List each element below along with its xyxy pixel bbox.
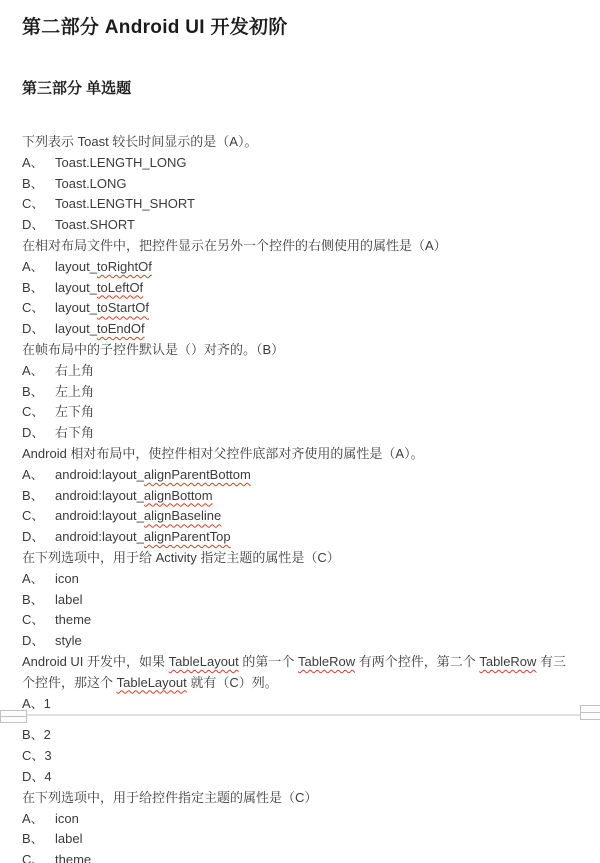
spellcheck-underlined-text: toStartOf — [97, 300, 149, 315]
option-text: 2 — [44, 727, 51, 742]
option-text: android:layout_alignBaseline — [55, 508, 221, 523]
spellcheck-underlined-text: TableLayout — [169, 654, 239, 669]
text-segment: icon — [55, 811, 79, 826]
option-row: B、Toast.LONG — [22, 174, 578, 195]
option-row: D、style — [22, 631, 578, 652]
option-row: A、android:layout_alignParentBottom — [22, 465, 578, 486]
option-row: B、label — [22, 590, 578, 611]
text-segment: Android 相对布局中，使控件相对父控件底部对齐使用的属性是（A）。 — [22, 446, 424, 461]
option-row: A、1 — [22, 694, 578, 715]
text-segment: layout_ — [55, 259, 97, 274]
text-segment: layout_ — [55, 300, 97, 315]
option-label: C、 — [22, 610, 55, 631]
text-segment: 有两个控件，第二个 — [355, 654, 479, 669]
text-segment: android:layout_ — [55, 529, 144, 544]
section-heading: 第三部分 单选题 — [22, 80, 578, 98]
option-label: B、 — [22, 278, 55, 299]
option-label: C、 — [22, 850, 55, 863]
option-label: A、 — [22, 465, 55, 486]
option-label: B、 — [22, 174, 55, 195]
option-label: A、 — [22, 257, 55, 278]
text-segment: android:layout_ — [55, 508, 144, 523]
option-text: 右下角 — [55, 425, 94, 440]
question-stem: 在相对布局文件中，把控件显示在另外一个控件的右侧使用的属性是（A） — [22, 236, 578, 257]
option-label: D、 — [22, 527, 55, 548]
option-text: layout_toRightOf — [55, 259, 152, 274]
text-segment: 在下列选项中，用于给控件指定主题的属性是（C） — [22, 790, 317, 805]
option-row: C、theme — [22, 610, 578, 631]
question-stem: 在帧布局中的子控件默认是（）对齐的。（B） — [22, 340, 578, 361]
option-text: 1 — [44, 696, 51, 711]
text-segment: 2 — [44, 727, 51, 742]
text-segment: 3 — [44, 748, 51, 763]
spellcheck-underlined-text: TableLayout — [117, 675, 187, 690]
text-segment: 右下角 — [55, 425, 94, 440]
option-label: A、 — [22, 569, 55, 590]
option-row: B、android:layout_alignBottom — [22, 486, 578, 507]
option-text: label — [55, 831, 82, 846]
text-segment: label — [55, 592, 82, 607]
text-segment: Toast.LENGTH_SHORT — [55, 196, 195, 211]
text-segment: 4 — [44, 769, 51, 784]
option-label: D、 — [22, 767, 44, 788]
text-segment: icon — [55, 571, 79, 586]
text-segment: 右上角 — [55, 363, 94, 378]
option-label: C、 — [22, 194, 55, 215]
option-text: Toast.LENGTH_SHORT — [55, 196, 195, 211]
text-segment: Android UI 开发中，如果 — [22, 654, 169, 669]
text-segment: 的第一个 — [239, 654, 298, 669]
spellcheck-underlined-text: toEndOf — [97, 321, 145, 336]
option-text: 左上角 — [55, 384, 94, 399]
option-label: A、 — [22, 809, 55, 830]
spellcheck-underlined-text: toRightOf — [97, 259, 152, 274]
text-segment: android:layout_ — [55, 467, 144, 482]
option-label: B、 — [22, 382, 55, 403]
page-break-marker-right — [580, 705, 600, 720]
text-segment: layout_ — [55, 321, 97, 336]
questions: 下列表示 Toast 较长时间显示的是（A）。A、Toast.LENGTH_LO… — [22, 132, 578, 863]
option-text: theme — [55, 852, 91, 863]
option-row: D、layout_toEndOf — [22, 319, 578, 340]
option-row: A、右上角 — [22, 361, 578, 382]
option-label: B、 — [22, 829, 55, 850]
text-segment: theme — [55, 612, 91, 627]
option-text: Toast.SHORT — [55, 217, 135, 232]
option-text: layout_toLeftOf — [55, 280, 143, 295]
spellcheck-underlined-text: alignBaseline — [144, 508, 221, 523]
document-page: 第二部分 Android UI 开发初阶 第三部分 单选题 下列表示 Toast… — [0, 16, 600, 863]
text-segment: 在帧布局中的子控件默认是（）对齐的。（B） — [22, 342, 284, 357]
option-text: android:layout_alignParentBottom — [55, 467, 251, 482]
option-row: C、android:layout_alignBaseline — [22, 506, 578, 527]
option-text: icon — [55, 811, 79, 826]
option-text: 右上角 — [55, 363, 94, 378]
option-label: C、 — [22, 506, 55, 527]
option-row: D、4 — [22, 767, 578, 788]
text-segment: layout_ — [55, 280, 97, 295]
option-row: C、左下角 — [22, 402, 578, 423]
option-text: 3 — [44, 748, 51, 763]
option-row: D、Toast.SHORT — [22, 215, 578, 236]
option-text: android:layout_alignBottom — [55, 488, 213, 503]
text-segment: 在相对布局文件中，把控件显示在另外一个控件的右侧使用的属性是（A） — [22, 238, 447, 253]
option-row: B、2 — [22, 725, 578, 746]
text-segment: Toast.LONG — [55, 176, 127, 191]
option-text: layout_toEndOf — [55, 321, 145, 336]
spellcheck-underlined-text: toLeftOf — [97, 280, 143, 295]
page-break-marker-left — [0, 710, 27, 723]
option-label: B、 — [22, 486, 55, 507]
spellcheck-underlined-text: alignBottom — [144, 488, 213, 503]
spellcheck-underlined-text: TableRow — [479, 654, 536, 669]
page-break — [0, 714, 600, 725]
option-text: Toast.LONG — [55, 176, 127, 191]
text-segment: style — [55, 633, 82, 648]
option-row: C、theme — [22, 850, 578, 863]
text-segment: 就有（C）列。 — [187, 675, 278, 690]
page-break-marker-cell — [0, 716, 27, 723]
option-text: icon — [55, 571, 79, 586]
option-label: D、 — [22, 423, 55, 444]
option-label: D、 — [22, 319, 55, 340]
text-segment: theme — [55, 852, 91, 863]
text-segment: 1 — [44, 696, 51, 711]
question-stem: Android 相对布局中，使控件相对父控件底部对齐使用的属性是（A）。 — [22, 444, 578, 465]
spellcheck-underlined-text: TableRow — [298, 654, 355, 669]
option-row: B、左上角 — [22, 382, 578, 403]
text-segment: label — [55, 831, 82, 846]
page-break-marker-cell — [580, 712, 600, 720]
option-row: D、右下角 — [22, 423, 578, 444]
option-row: C、layout_toStartOf — [22, 298, 578, 319]
option-row: C、3 — [22, 746, 578, 767]
option-row: A、Toast.LENGTH_LONG — [22, 153, 578, 174]
option-row: C、Toast.LENGTH_SHORT — [22, 194, 578, 215]
text-segment: Toast.SHORT — [55, 217, 135, 232]
option-row: D、android:layout_alignParentTop — [22, 527, 578, 548]
option-row: A、layout_toRightOf — [22, 257, 578, 278]
question-stem: 在下列选项中，用于给控件指定主题的属性是（C） — [22, 788, 578, 809]
option-text: 左下角 — [55, 404, 94, 419]
option-label: B、 — [22, 725, 44, 746]
spellcheck-underlined-text: alignParentBottom — [144, 467, 251, 482]
question-stem: 在下列选项中，用于给 Activity 指定主题的属性是（C） — [22, 548, 578, 569]
option-text: Toast.LENGTH_LONG — [55, 155, 187, 170]
text-segment: Toast.LENGTH_LONG — [55, 155, 187, 170]
text-segment: 在下列选项中，用于给 Activity 指定主题的属性是（C） — [22, 550, 340, 565]
option-row: B、label — [22, 829, 578, 850]
question-stem: Android UI 开发中，如果 TableLayout 的第一个 Table… — [22, 652, 578, 694]
option-row: A、icon — [22, 809, 578, 830]
question-stem: 下列表示 Toast 较长时间显示的是（A）。 — [22, 132, 578, 153]
option-label: C、 — [22, 746, 44, 767]
text-segment: 下列表示 Toast 较长时间显示的是（A）。 — [22, 134, 257, 149]
text-segment: 左下角 — [55, 404, 94, 419]
text-segment: android:layout_ — [55, 488, 144, 503]
option-row: B、layout_toLeftOf — [22, 278, 578, 299]
page-break-line — [0, 714, 600, 716]
option-label: A、 — [22, 153, 55, 174]
document-title: 第二部分 Android UI 开发初阶 — [22, 16, 578, 40]
text-segment: 左上角 — [55, 384, 94, 399]
option-text: 4 — [44, 769, 51, 784]
option-label: D、 — [22, 631, 55, 652]
option-label: D、 — [22, 215, 55, 236]
option-label: C、 — [22, 402, 55, 423]
option-text: android:layout_alignParentTop — [55, 529, 231, 544]
option-row: A、icon — [22, 569, 578, 590]
spellcheck-underlined-text: alignParentTop — [144, 529, 231, 544]
option-text: layout_toStartOf — [55, 300, 149, 315]
option-label: A、 — [22, 361, 55, 382]
option-text: theme — [55, 612, 91, 627]
option-label: B、 — [22, 590, 55, 611]
option-label: C、 — [22, 298, 55, 319]
option-text: style — [55, 633, 82, 648]
option-text: label — [55, 592, 82, 607]
